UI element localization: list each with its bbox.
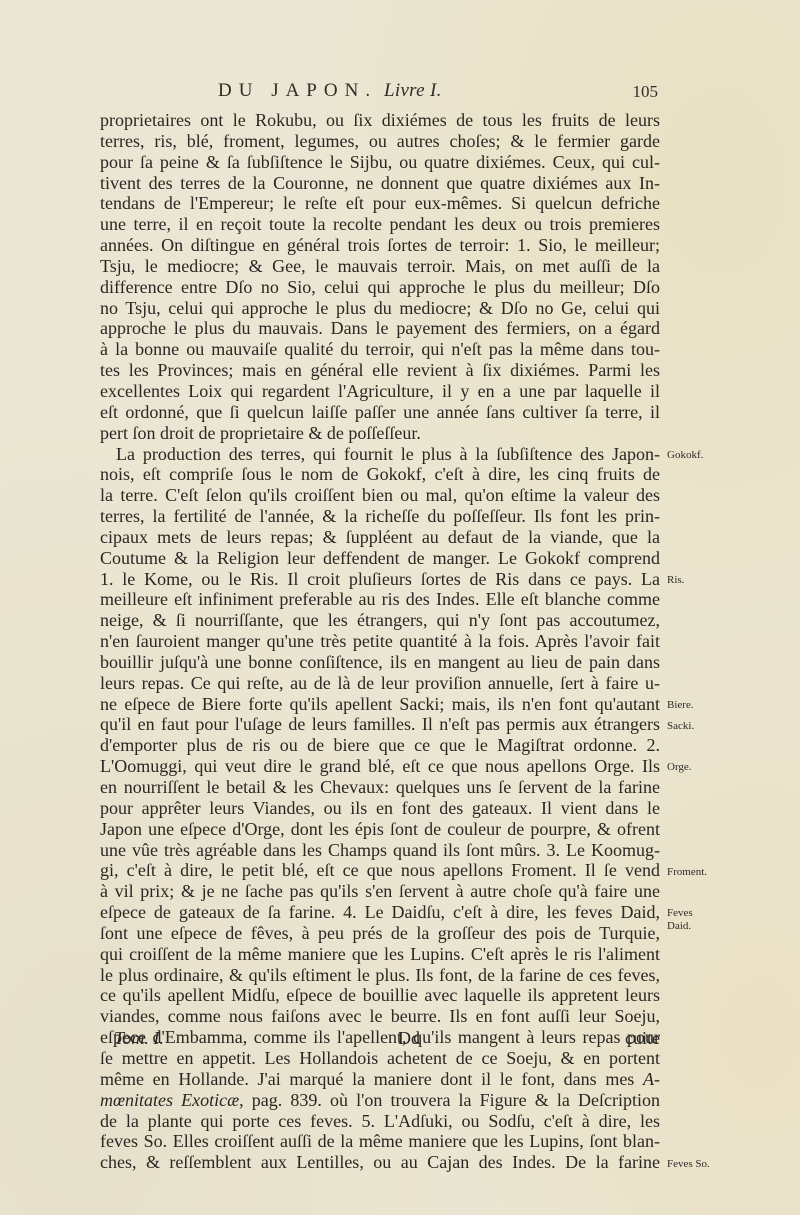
text-line: 1. le Kome, ou le Ris. Il croit pluſieur… xyxy=(100,569,660,590)
book-page: DU JAPON. Livre I. 105 proprietaires ont… xyxy=(0,0,800,1215)
text-line: mœnitates Exoticæ, pag. 839. où l'on tro… xyxy=(100,1090,660,1111)
text-line: de la plante qui porte ces feves. 5. L'A… xyxy=(100,1111,660,1132)
text-line: même en Hollande. J'ai marqué la maniere… xyxy=(100,1069,660,1090)
text-line: n'en ſauroient manger qu'une très petite… xyxy=(100,631,660,652)
text-line: pert ſon droit de proprietaire & de poſſ… xyxy=(100,423,660,444)
text-line: difference entre Dſo no Sio, celui qui a… xyxy=(100,277,660,298)
text-line: Tsju, le mediocre; & Gee, le mauvais ter… xyxy=(100,256,660,277)
text-line: d'emporter plus de ris ou de biere que c… xyxy=(100,735,660,756)
text-line: qu'il en faut pour l'uſage de leurs fami… xyxy=(100,714,660,735)
text-line: années. On diſtingue en général trois ſo… xyxy=(100,235,660,256)
text-line: Coutume & la Religion leur deffendent de… xyxy=(100,548,660,569)
text-line: à vil prix; & je ne ſache pas qu'ils s'e… xyxy=(100,881,660,902)
running-head: DU JAPON. Livre I. 105 xyxy=(218,80,658,106)
text-line: ce qu'ils apellent Midſu, eſpece de boui… xyxy=(100,985,660,1006)
text-line: qui croiſſent de la même maniere que les… xyxy=(100,944,660,965)
text-line: no Tsju, celui qui approche le plus du m… xyxy=(100,298,660,319)
text-line: tendans de l'Empereur; le reſte eſt pour… xyxy=(100,193,660,214)
page-footer: Tom. I. Dd cuite xyxy=(100,1028,660,1050)
body-text: proprietaires ont le Rokubu, ou ſix dixi… xyxy=(100,110,660,1173)
text-line: cipaux mets de leurs repas; & ſuppléent … xyxy=(100,527,660,548)
text-line: bouillir juſqu'à une bonne conſiſtence, … xyxy=(100,652,660,673)
text-line: approche le plus du mauvais. Dans le pay… xyxy=(100,318,660,339)
text-line: proprietaires ont le Rokubu, ou ſix dixi… xyxy=(100,110,660,131)
text-line: meilleure eſt infiniment preferable au r… xyxy=(100,589,660,610)
volume-label: Tom. I. xyxy=(114,1028,164,1049)
text-line: ne eſpece de Biere forte qu'ils apellent… xyxy=(100,694,660,715)
text-line: nois, eſt compriſe ſous le nom de Gokokf… xyxy=(100,464,660,485)
text-line: eſt ordonné, que ſi quelcun laiſſe paſſe… xyxy=(100,402,660,423)
text-line: L'Oomuggi, qui veut dire le grand blé, e… xyxy=(100,756,660,777)
text-line: pour ſa peine & ſa ſubſiſtence le Sijbu,… xyxy=(100,152,660,173)
italic-title: mœnitates Exoticæ xyxy=(100,1090,239,1110)
text-line: ſont une eſpece de fêves, à peu prés de … xyxy=(100,923,660,944)
text-line: terres, la fertilité de l'année, & la ri… xyxy=(100,506,660,527)
margin-note: Gokokf. xyxy=(667,449,703,461)
text-line: la terre. C'eſt ſelon qu'ils croiſſent b… xyxy=(100,485,660,506)
text-line: une terre, il en reçoit toute la recolte… xyxy=(100,214,660,235)
margin-note: Orge. xyxy=(667,761,692,773)
running-title: DU JAPON. xyxy=(218,80,377,102)
text-line: le plus ordinaire, & qu'ils eſtiment le … xyxy=(100,965,660,986)
margin-note: Sacki. xyxy=(667,720,694,732)
text-line: ches, & reſſemblent aux Lentilles, ou au… xyxy=(100,1152,660,1173)
text-line: La production des terres, qui fournit le… xyxy=(100,444,660,465)
text-line: feves So. Elles croiſſent auſſi de la mê… xyxy=(100,1131,660,1152)
text-line: excellentes Loix qui regardent l'Agricul… xyxy=(100,381,660,402)
text-line: en nourriſſent le betail & les Chevaux: … xyxy=(100,777,660,798)
margin-note: Feves So. xyxy=(667,1158,710,1170)
text-line: viandes, comme nous faiſons avec le beur… xyxy=(100,1006,660,1027)
book-label: Livre I. xyxy=(384,80,442,102)
text-line: une vûe très agréable dans les Champs qu… xyxy=(100,840,660,861)
catchword: cuite xyxy=(625,1028,660,1049)
margin-note: Feves xyxy=(667,907,693,919)
text-line: pour apprêter leurs Viandes, ou ils en f… xyxy=(100,798,660,819)
margin-note: Ris. xyxy=(667,574,684,586)
margin-note: Froment. xyxy=(667,866,707,878)
signature-mark: Dd xyxy=(398,1028,420,1049)
text-line: neige, & ſi nourriſſante, que les étrang… xyxy=(100,610,660,631)
margin-note: Biere. xyxy=(667,699,694,711)
text-line: terres, ris, blé, froment, legumes, ou a… xyxy=(100,131,660,152)
page-number: 105 xyxy=(633,82,659,102)
text-line: Japon une eſpece d'Orge, dont les épis ſ… xyxy=(100,819,660,840)
margin-note: Daid. xyxy=(667,920,691,932)
text-line: tes les Provinces; mais en général elle … xyxy=(100,360,660,381)
text-line: eſpece de gateaux de ſa farine. 4. Le Da… xyxy=(100,902,660,923)
text-line: ſe mettre en appetit. Les Hollandois ach… xyxy=(100,1048,660,1069)
text-line: tivent des terres de la Couronne, ne don… xyxy=(100,173,660,194)
text-line: à la bonne ou mauvaiſe qualité du terroi… xyxy=(100,339,660,360)
text-line: gi, c'eſt à dire, le petit blé, eſt ce q… xyxy=(100,860,660,881)
italic-title: A- xyxy=(643,1069,660,1089)
text-line: leurs repas. Ce qui reſte, au de là de l… xyxy=(100,673,660,694)
